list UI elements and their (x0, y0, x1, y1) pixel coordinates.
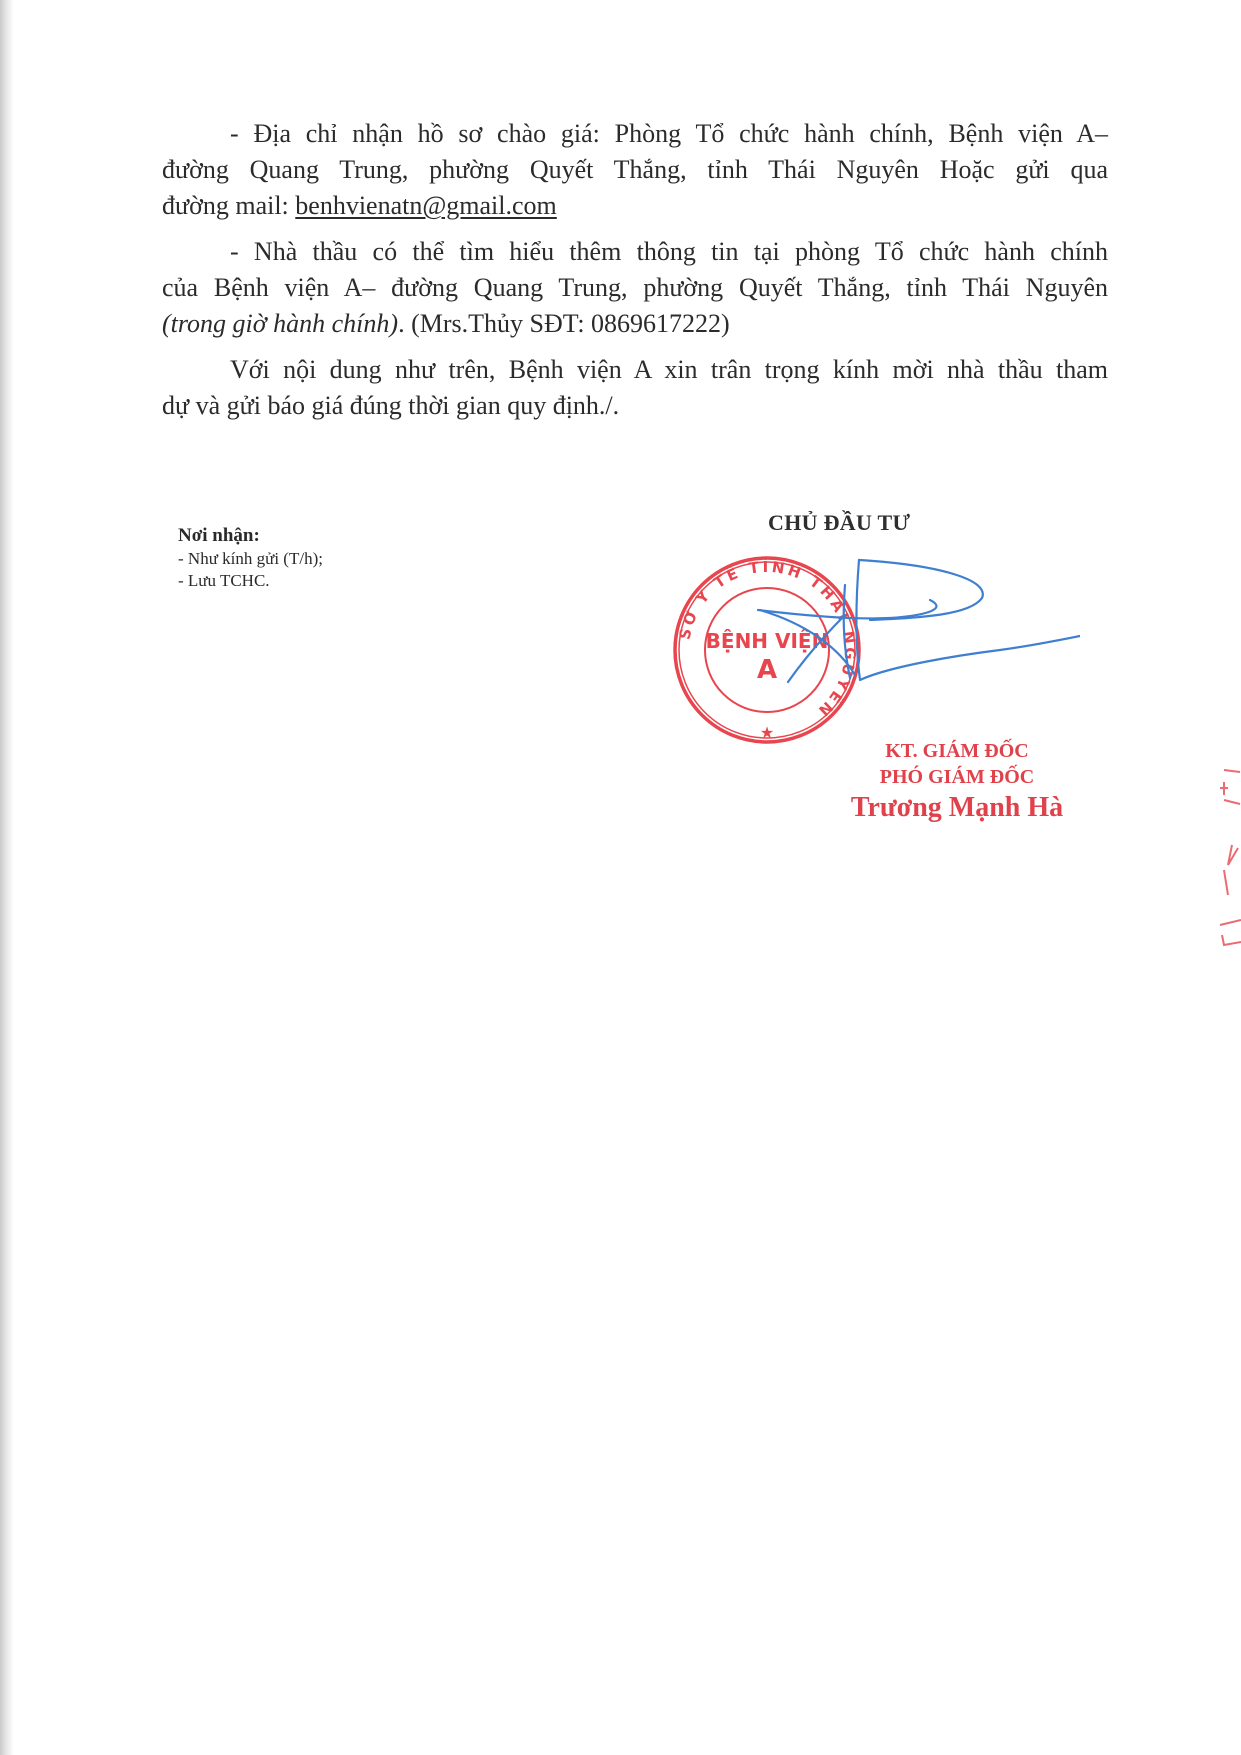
signer-name: Trương Mạnh Hà (812, 790, 1102, 826)
scan-edge-shadow (0, 0, 14, 1755)
document-body: - Địa chỉ nhận hồ sơ chào giá: Phòng Tổ … (162, 116, 1108, 424)
address-line-2: đường Quang Trung, phường Quyết Thắng, t… (162, 152, 1108, 188)
signer-role-2: PHÓ GIÁM ĐỐC (812, 764, 1102, 790)
investor-title: CHỦ ĐẦU TƯ (768, 510, 910, 536)
office-hours-note: (trong giờ hành chính) (162, 309, 398, 338)
paragraph-info: - Nhà thầu có thể tìm hiểu thêm thông ti… (162, 234, 1108, 342)
address-line-1: - Địa chỉ nhận hồ sơ chào giá: Phòng Tổ … (162, 116, 1108, 152)
address-line-3: đường mail: benhvienatn@gmail.com (162, 188, 1108, 224)
recipient-item: - Như kính gửi (T/h); (178, 548, 323, 570)
info-line-3: (trong giờ hành chính). (Mrs.Thủy SĐT: 0… (162, 306, 1108, 342)
closing-line-1: Với nội dung như trên, Bệnh viện A xin t… (162, 352, 1108, 388)
signer-role-1: KT. GIÁM ĐỐC (812, 738, 1102, 764)
handwritten-signature (660, 540, 1080, 690)
recipients-block: Nơi nhận: - Như kính gửi (T/h); - Lưu TC… (178, 524, 323, 592)
email-label: đường mail: (162, 191, 295, 220)
signer-block: KT. GIÁM ĐỐC PHÓ GIÁM ĐỐC Trương Mạnh Hà (812, 738, 1102, 826)
recipient-item: - Lưu TCHC. (178, 570, 323, 592)
recipients-heading: Nơi nhận: (178, 524, 323, 548)
paragraph-closing: Với nội dung như trên, Bệnh viện A xin t… (162, 352, 1108, 424)
info-line-2: của Bệnh viện A– đường Quang Trung, phườ… (162, 270, 1108, 306)
paragraph-address: - Địa chỉ nhận hồ sơ chào giá: Phòng Tổ … (162, 116, 1108, 224)
email-link[interactable]: benhvienatn@gmail.com (295, 191, 557, 220)
contact-phone: . (Mrs.Thủy SĐT: 0869617222) (398, 309, 730, 338)
info-line-1: - Nhà thầu có thể tìm hiểu thêm thông ti… (162, 234, 1108, 270)
star-icon: ★ (760, 725, 774, 742)
partial-edge-stamp (1210, 760, 1241, 950)
closing-line-2: dự và gửi báo giá đúng thời gian quy địn… (162, 388, 1108, 424)
